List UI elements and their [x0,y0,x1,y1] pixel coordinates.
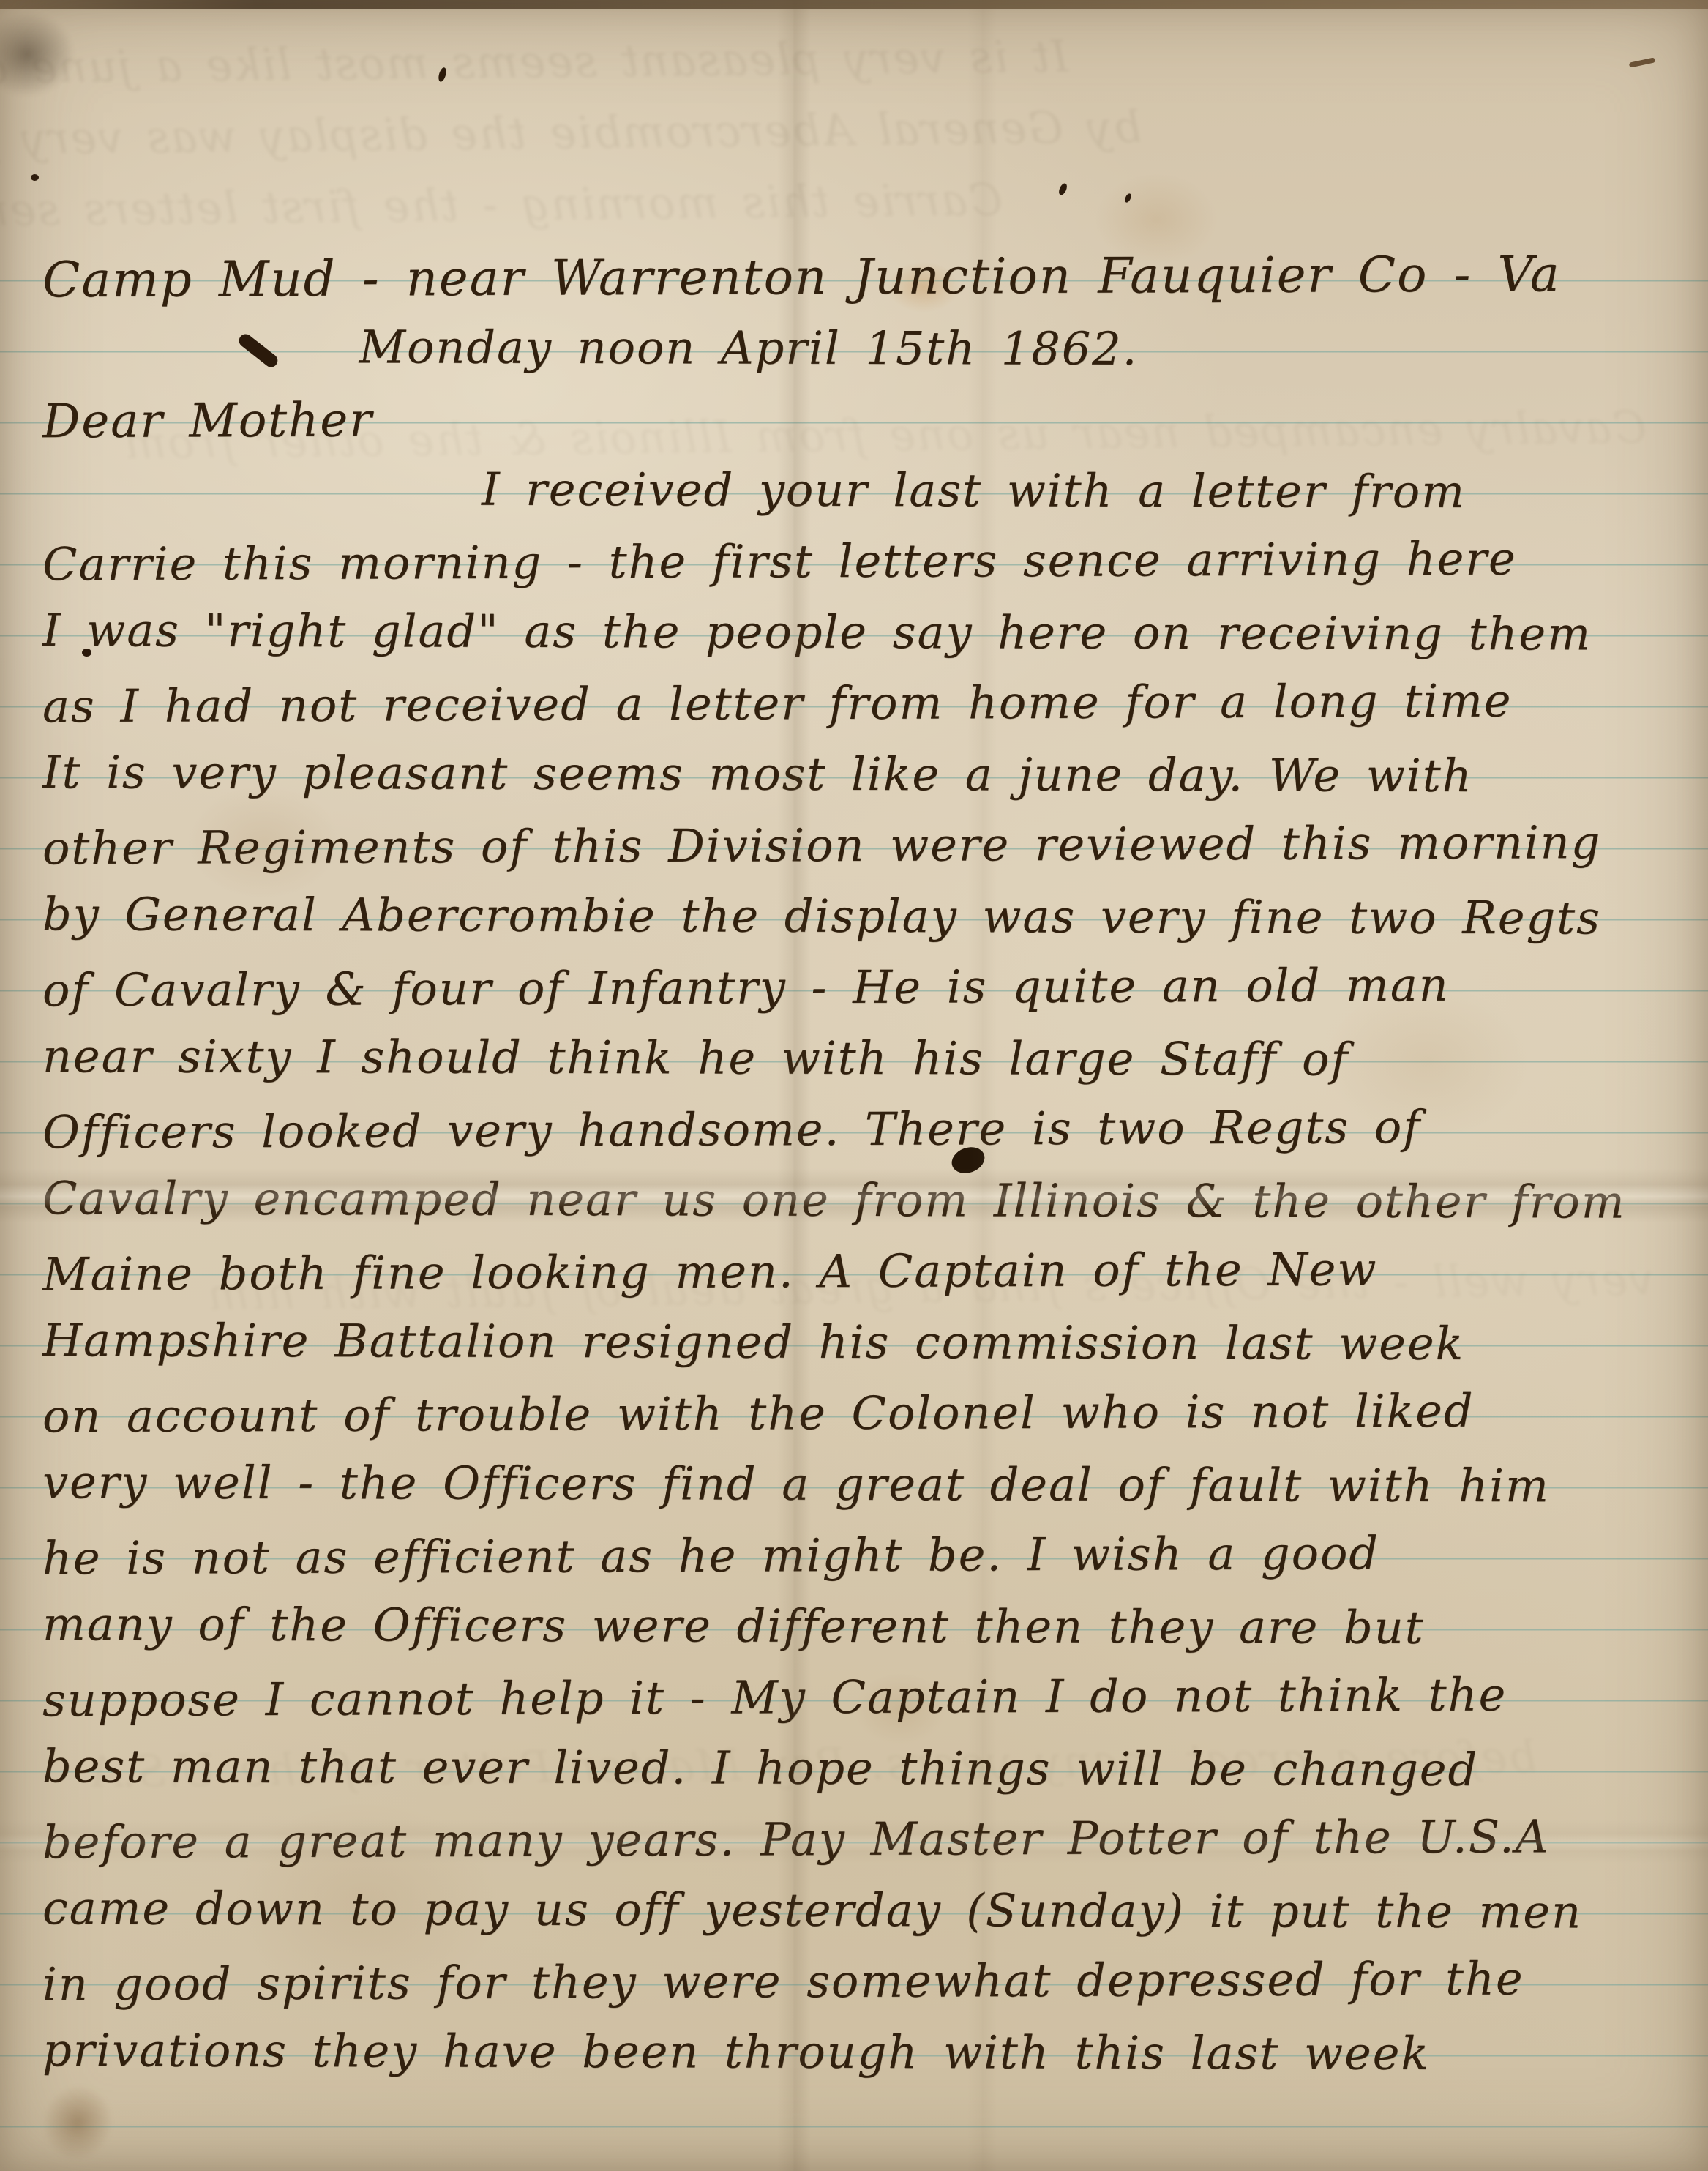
body-line: Maine both fine looking men. A Captain o… [42,1233,1674,1310]
ink-speck [31,174,39,181]
body-line: Hampshire Battalion resigned his commiss… [42,1304,1674,1379]
body-line: near sixty I should think he with his la… [42,1020,1674,1095]
vertical-fold-crease [777,0,811,2171]
body-line: It is very pleasant seems most like a ju… [42,736,1674,811]
bleedthrough-line: It is very pleasant seems most like a ju… [29,35,1069,90]
body-line: other Regiments of this Division were re… [42,807,1674,884]
body-line: he is not as efficient as he might be. I… [42,1517,1674,1594]
body-line: very well - the Officers find a great de… [42,1446,1674,1521]
horizontal-fold-crease [0,1168,1708,1222]
letter-text: Camp Mud - near Warrenton Junction Fauqu… [42,242,1674,2088]
dateline-date: Monday noon April 15th 1862. [42,310,1674,385]
body-line: best man that ever lived. I hope things … [42,1730,1674,1805]
dateline-place: Camp Mud - near Warrenton Junction Fauqu… [42,239,1674,316]
salutation: Dear Mother [42,381,1674,458]
body-line: I received your last with a letter from [42,452,1674,527]
body-line: of Cavalry & four of Infantry - He is qu… [42,949,1674,1026]
bleedthrough-line: Carrie this morning - the first letters … [66,178,1003,231]
body-line: Carrie this morning - the first letters … [42,523,1674,600]
body-line: privations they have been through with t… [42,2014,1674,2089]
body-line: as I had not received a letter from home… [42,665,1674,742]
dark-top-edge [0,0,1708,9]
body-line: many of the Officers were different then… [42,1588,1674,1663]
body-line: came down to pay us off yesterday (Sunda… [42,1872,1674,1947]
ink-speck [82,649,91,657]
body-line: suppose I cannot help it - My Captain I … [42,1659,1674,1736]
body-line: by General Abercrombie the display was v… [42,878,1674,953]
horizontal-fold-crease [0,1820,1708,1864]
body-line: on account of trouble with the Colonel w… [42,1375,1674,1452]
body-line: I was "right glad" as the people say her… [42,594,1674,669]
body-line: in good spirits for they were somewhat d… [42,1943,1674,2020]
body-line: Officers looked very handsome. There is … [42,1091,1674,1168]
letter-page: It is very pleasant seems most like a ju… [0,0,1708,2171]
dark-corner-stain [0,12,75,97]
vertical-fold-crease [967,0,997,2171]
